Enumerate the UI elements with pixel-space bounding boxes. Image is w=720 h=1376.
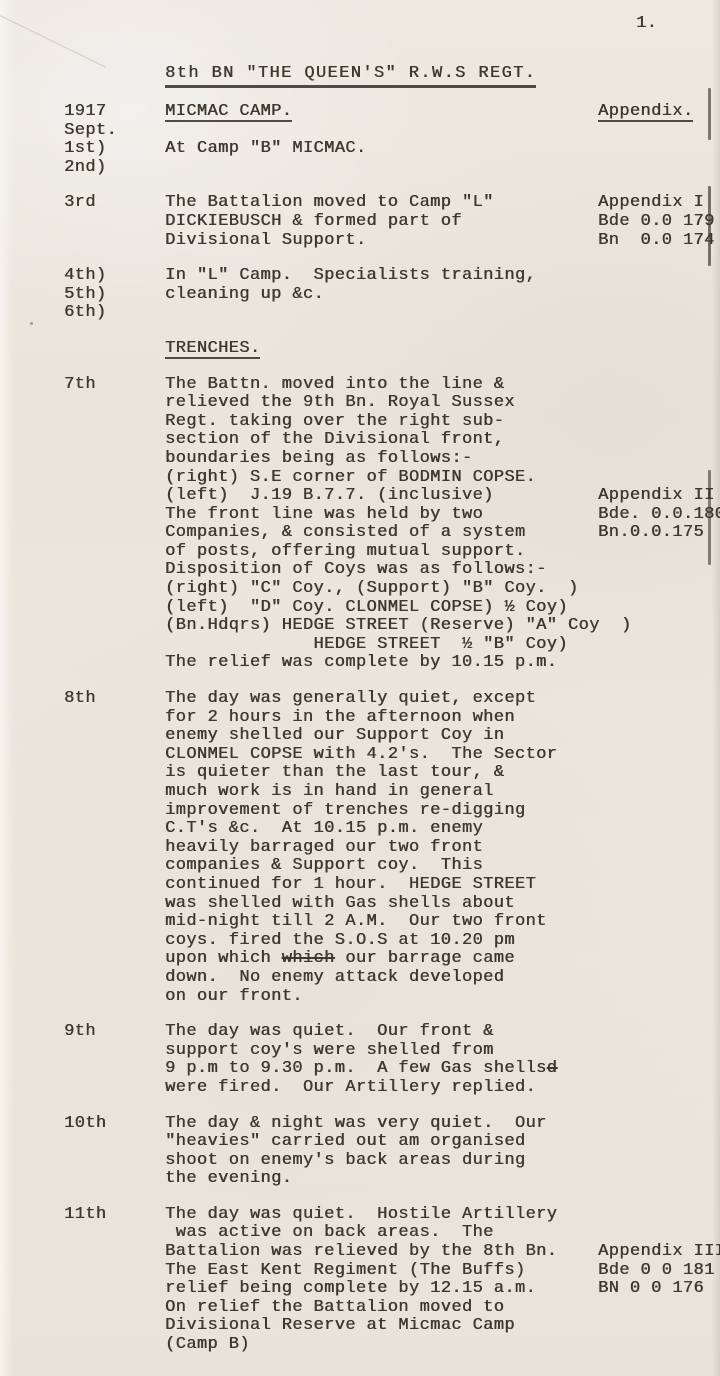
body-line: The East Kent Regiment (The Buffs) (165, 1262, 598, 1281)
entry-date: 3rd (64, 194, 165, 213)
struck-out-text: d (547, 1059, 558, 1078)
appendix-line: Bde 0 0 181 (598, 1262, 720, 1281)
appendix-column: Appendix IIIBde 0 0 181BN 0 0 176 (598, 1206, 720, 1355)
entry-date: 5th) (64, 286, 165, 305)
ink-speck (30, 322, 33, 325)
body-line: The day was quiet. Our front & (165, 1023, 598, 1042)
text-segment: upon which (165, 949, 282, 968)
entry-date: 10th (64, 1115, 165, 1134)
body-line: CLONMEL COPSE with 4.2's. The Sector (165, 746, 598, 765)
body-line: section of the Divisional front, (165, 431, 598, 450)
entry-date: 2nd) (64, 159, 165, 178)
body-line: upon which which our barrage came (165, 950, 598, 969)
body-line: (right) S.E corner of BODMIN COPSE. (165, 469, 598, 488)
appendix-note: Appendix IIBde. 0.0.180Bn.0.0.175 (598, 487, 720, 543)
body-line: companies & Support coy. This (165, 857, 598, 876)
entry-body: The day was generally quiet, exceptfor 2… (165, 690, 598, 1006)
appendix-column (598, 267, 720, 323)
body-line: enemy shelled our Support Coy in (165, 727, 598, 746)
entry-date-column: 7th (64, 376, 165, 674)
appendix-column (598, 690, 720, 1006)
body-line: down. No enemy attack developed (165, 969, 598, 988)
body-line: relief being complete by 12.15 a.m. (165, 1280, 598, 1299)
body-line: coys. fired the S.O.S at 10.20 pm (165, 932, 598, 951)
entry-date: 4th) (64, 267, 165, 286)
entry-body: The Battn. moved into the line &relieved… (165, 376, 598, 674)
entry-date: Sept. (64, 122, 165, 141)
body-line: The day was generally quiet, except (165, 690, 598, 709)
diary-entry: 3rdThe Battalion moved to Camp "L"DICKIE… (64, 194, 720, 250)
appendix-note: Appendix IBde 0.0 179Bn 0.0 174 (598, 194, 720, 250)
appendix-line: Bde 0.0 179 (598, 213, 720, 232)
body-line: support coy's were shelled from (165, 1042, 598, 1061)
underlined-heading: Appendix. (598, 104, 693, 122)
appendix-line: Appendix I (598, 194, 720, 213)
entry-date: 11th (64, 1206, 165, 1225)
body-line: The Battn. moved into the line & (165, 376, 598, 395)
diary-entry: 9thThe day was quiet. Our front &support… (64, 1023, 720, 1097)
body-line: The relief was complete by 10.15 p.m. (165, 654, 598, 673)
underlined-heading: MICMAC CAMP. (165, 104, 292, 122)
underlined-heading: TRENCHES. (165, 341, 260, 359)
body-line: (left) "D" Coy. CLONMEL COPSE) ½ Coy) (165, 599, 598, 618)
body-line: Disposition of Coys was as follows:- (165, 561, 598, 580)
appendix-note: Appendix IIIBde 0 0 181BN 0 0 176 (598, 1243, 720, 1299)
body-line: (Camp B) (165, 1336, 598, 1355)
appendix-line: Bn.0.0.175 (598, 524, 720, 543)
body-line: On relief the Battalion moved to (165, 1299, 598, 1318)
appendix-column (598, 1115, 720, 1189)
body-line: The day & night was very quiet. Our (165, 1115, 598, 1134)
entry-date-column: 1917Sept.1st)2nd) (64, 103, 165, 177)
diary-entry: 1917Sept.1st)2nd)MICMAC CAMP.At Camp "B"… (64, 103, 720, 177)
entry-body: The day was quiet. Hostile Artillery was… (165, 1206, 598, 1355)
appendix-note: Appendix. (598, 103, 720, 122)
body-line: TRENCHES. (165, 340, 598, 359)
diary-entry: 8thThe day was generally quiet, exceptfo… (64, 690, 720, 1006)
appendix-line: Appendix. (598, 103, 720, 122)
body-line: continued for 1 hour. HEDGE STREET (165, 876, 598, 895)
appendix-column: Appendix IBde 0.0 179Bn 0.0 174 (598, 194, 720, 250)
body-line: HEDGE STREET ½ "B" Coy) (165, 636, 598, 655)
body-line: The front line was held by two (165, 506, 598, 525)
appendix-line: Bn 0.0 174 (598, 232, 720, 251)
appendix-column (598, 340, 720, 359)
body-line: Regt. taking over the right sub- (165, 413, 598, 432)
body-line: C.T's &c. At 10.15 p.m. enemy (165, 820, 598, 839)
entry-date-column: 9th (64, 1023, 165, 1097)
body-line: (right) "C" Coy., (Support) "B" Coy. ) (165, 580, 598, 599)
body-line: At Camp "B" MICMAC. (165, 140, 598, 159)
body-line: heavily barraged our two front (165, 839, 598, 858)
body-line: cleaning up &c. (165, 286, 598, 305)
text-segment: our barrage came (335, 949, 515, 968)
entry-date-column: 3rd (64, 194, 165, 250)
appendix-column: Appendix. (598, 103, 720, 177)
body-line: mid-night till 2 A.M. Our two front (165, 913, 598, 932)
entry-date-column (64, 340, 165, 359)
appendix-line: Appendix III (598, 1243, 720, 1262)
body-line: is quieter than the last tour, & (165, 764, 598, 783)
entry-date: 8th (64, 690, 165, 709)
diary-entries: 1917Sept.1st)2nd)MICMAC CAMP.At Camp "B"… (64, 103, 720, 1355)
entry-date-column: 10th (64, 1115, 165, 1189)
struck-out-text: which (282, 949, 335, 968)
entry-body: The day was quiet. Our front &support co… (165, 1023, 598, 1097)
document-title: 8th BN "THE QUEEN'S" R.W.S REGT. (165, 64, 720, 88)
document-content: 8th BN "THE QUEEN'S" R.W.S REGT. 1917Sep… (64, 64, 720, 1372)
body-line: shoot on enemy's back areas during (165, 1152, 598, 1171)
body-line: much work is in hand in general (165, 783, 598, 802)
body-line: Divisional Support. (165, 232, 598, 251)
entry-date: 1st) (64, 140, 165, 159)
entry-body: MICMAC CAMP.At Camp "B" MICMAC. (165, 103, 598, 177)
body-line: were fired. Our Artillery replied. (165, 1079, 598, 1098)
section-heading-row: TRENCHES. (64, 340, 720, 359)
entry-body: The day & night was very quiet. Our"heav… (165, 1115, 598, 1189)
diary-entry: 4th)5th)6th)In "L" Camp. Specialists tra… (64, 267, 720, 323)
entry-date: 6th) (64, 304, 165, 323)
body-line: DICKIEBUSCH & formed part of (165, 213, 598, 232)
appendix-line: BN 0 0 176 (598, 1280, 720, 1299)
paper-fold-crease (0, 10, 106, 68)
body-line: Companies, & consisted of a system (165, 524, 598, 543)
diary-entry: 7thThe Battn. moved into the line &relie… (64, 376, 720, 674)
body-line: on our front. (165, 988, 598, 1007)
body-line: 9 p.m to 9.30 p.m. A few Gas shellsd (165, 1060, 598, 1079)
diary-entry: 10thThe day & night was very quiet. Our"… (64, 1115, 720, 1189)
body-line (165, 122, 598, 141)
entry-date-column: 4th)5th)6th) (64, 267, 165, 323)
text-segment: 9 p.m to 9.30 p.m. A few Gas shells (165, 1059, 547, 1078)
body-line: for 2 hours in the afternoon when (165, 709, 598, 728)
body-line: (left) J.19 B.7.7. (inclusive) (165, 487, 598, 506)
body-line: of posts, offering mutual support. (165, 543, 598, 562)
entry-date-column: 11th (64, 1206, 165, 1355)
body-line: improvement of trenches re-digging (165, 802, 598, 821)
body-line: "heavies" carried out am organised (165, 1133, 598, 1152)
entry-date: 1917 (64, 103, 165, 122)
body-line: MICMAC CAMP. (165, 103, 598, 122)
body-line: was shelled with Gas shells about (165, 895, 598, 914)
entry-body: The Battalion moved to Camp "L"DICKIEBUS… (165, 194, 598, 250)
page-number: 1. (636, 14, 657, 33)
scanned-diary-page: 1. 8th BN "THE QUEEN'S" R.W.S REGT. 1917… (0, 0, 720, 1376)
body-line: boundaries being as follows:- (165, 450, 598, 469)
body-line: (Bn.Hdqrs) HEDGE STREET (Reserve) "A" Co… (165, 617, 598, 636)
entry-date-column: 8th (64, 690, 165, 1006)
body-line: The day was quiet. Hostile Artillery (165, 1206, 598, 1225)
appendix-line: Appendix II (598, 487, 720, 506)
appendix-line: Bde. 0.0.180 (598, 506, 720, 525)
body-line: Divisional Reserve at Micmac Camp (165, 1317, 598, 1336)
body-line: the evening. (165, 1170, 598, 1189)
body-line: relieved the 9th Bn. Royal Sussex (165, 394, 598, 413)
body-line: was active on back areas. The (165, 1224, 598, 1243)
appendix-column: Appendix IIBde. 0.0.180Bn.0.0.175 (598, 376, 720, 674)
body-line: Battalion was relieved by the 8th Bn. (165, 1243, 598, 1262)
entry-body: In "L" Camp. Specialists training,cleani… (165, 267, 598, 323)
entry-date: 9th (64, 1023, 165, 1042)
paper-left-edge-highlight (0, 0, 14, 1376)
diary-entry: 11thThe day was quiet. Hostile Artillery… (64, 1206, 720, 1355)
body-line: In "L" Camp. Specialists training, (165, 267, 598, 286)
entry-date: 7th (64, 376, 165, 395)
body-line: The Battalion moved to Camp "L" (165, 194, 598, 213)
entry-body: TRENCHES. (165, 340, 598, 359)
appendix-column (598, 1023, 720, 1097)
